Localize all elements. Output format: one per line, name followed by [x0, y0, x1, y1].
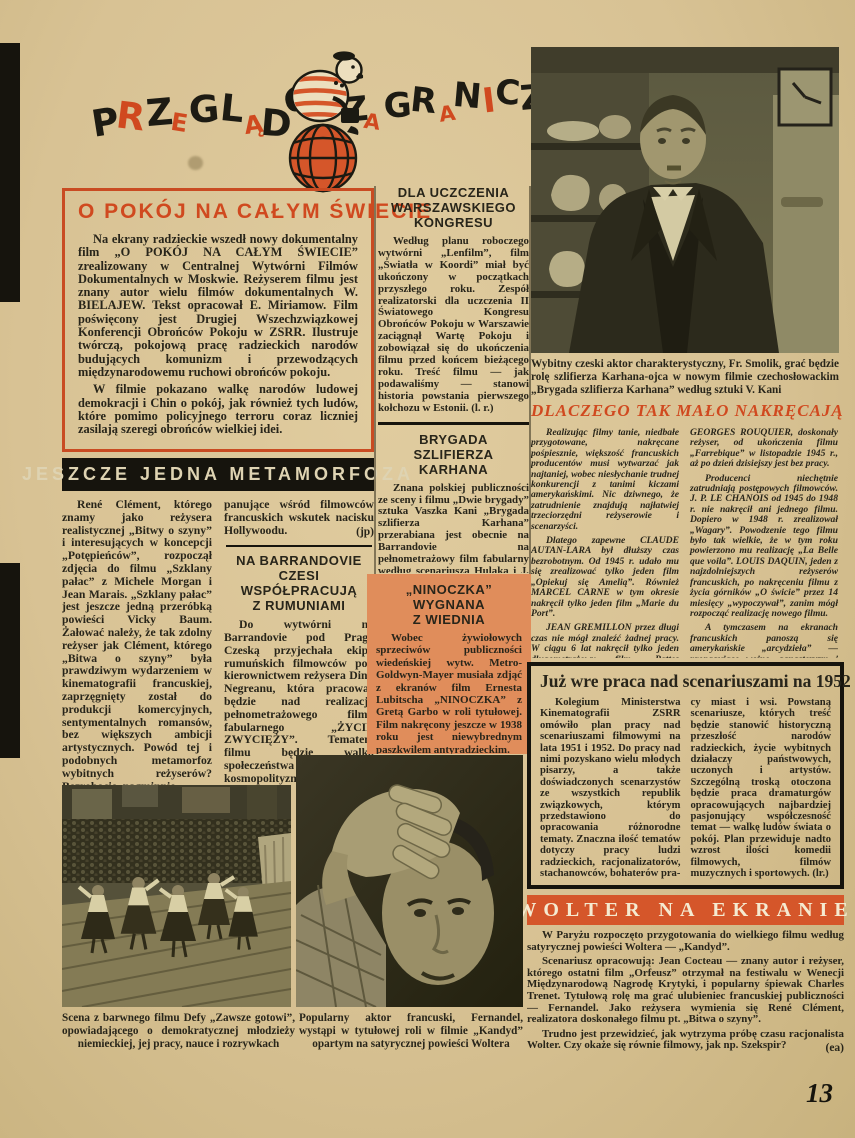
masthead-letter: L — [218, 89, 245, 128]
dlaczego-paragraph: JEAN GREMILLON przez długi czas nie mógł… — [531, 623, 679, 658]
photo-fernandel — [296, 755, 523, 1007]
article-peace-paragraph-1: Na ekrany radzieckie wszedł nowy dokumen… — [78, 233, 358, 379]
paper-stain — [188, 156, 203, 170]
photo-dancers-image — [62, 785, 291, 1007]
middle-column: DLA UCZCZENIA WARSZAWSKIEGO KONGRESU Wed… — [378, 183, 529, 573]
photo-smolik — [531, 47, 839, 353]
barrandov-title: NA BARRANDOVIE CZESI WSPÓŁPRACUJĄ Z RUMU… — [224, 553, 374, 613]
masthead-letter: G — [187, 90, 220, 130]
karhan-body: Znana polskiej publiczności ze sceny i f… — [378, 483, 529, 573]
masthead-letter: R — [114, 96, 147, 136]
dlaczego-title: DLACZEGO TAK MAŁO NAKRĘCAJĄ — [531, 401, 839, 421]
masthead-letter: N — [452, 78, 483, 114]
photo-dancers-caption: Scena z barwnego filmu Defy „Zawsze goto… — [62, 1012, 295, 1052]
article-wolter: W Paryżu rozpoczęto przygotowania do wie… — [527, 930, 844, 1080]
kongres-body: Według planu roboczego wytwórni „Lenfilm… — [378, 236, 529, 415]
karhan-title: BRYGADA SZLIFIERZA KARHANA — [378, 432, 529, 477]
left-edge-bar-bottom — [0, 563, 20, 758]
left-edge-bar-top — [0, 43, 20, 302]
metamorfoza-text-1: René Clément, którego znamy jako reżyser… — [62, 499, 212, 787]
masthead-letter: R — [409, 83, 439, 120]
scenariusze-column-1: Kolegium Ministerstwa Kinematografii ZSR… — [540, 697, 681, 879]
dlaczego-paragraph: Realizując filmy tanie, niedbałe przygot… — [531, 428, 679, 532]
masthead-word-przeglad: PRZEGLĄD — [90, 90, 293, 133]
photo-dancers — [62, 785, 291, 1007]
dlaczego-column-2: GEORGES ROUQUIER, doskonały reżyser, od … — [690, 428, 838, 658]
dlaczego-column-1: Realizując filmy tanie, niedbałe przygot… — [531, 428, 679, 658]
wolter-paragraph-2: Scenariusz opracowują: Jean Cocteau — zn… — [527, 956, 844, 1026]
photo-fernandel-caption: Popularny aktor francuski, Fernandel, wy… — [299, 1012, 523, 1052]
metamorfoza-title-bar: JESZCZE JEDNA METAMORFOZA — [62, 458, 374, 491]
kongres-title: DLA UCZCZENIA WARSZAWSKIEGO KONGRESU — [378, 185, 529, 230]
dlaczego-paragraph: A tymczasem na ekranach francuskich pano… — [690, 623, 838, 658]
ninoczka-box: „NINOCZKA” WYGNANA Z WIEDNIA Wobec żywio… — [367, 574, 531, 754]
magazine-page: PRZEGLĄD ZAGRANICZNY — [0, 0, 855, 1138]
page-number: 13 — [806, 1078, 833, 1109]
article-metamorfoza: René Clément, którego znamy jako reżyser… — [62, 499, 375, 787]
article-peace-box: O POKÓJ NA CAŁYM ŚWIECIE Na ekrany radzi… — [62, 188, 374, 452]
metamorfoza-column-2: panujące wśród filmowców francuskich wsk… — [224, 499, 374, 787]
divider-rule — [226, 545, 372, 547]
masthead: PRZEGLĄD ZAGRANICZNY — [60, 38, 600, 188]
wolter-paragraph-1: W Paryżu rozpoczęto przygotowania do wie… — [527, 930, 844, 953]
wolter-title-bar: WOLTER NA EKRANIE — [527, 895, 844, 925]
metamorfoza-title: JESZCZE JEDNA METAMORFOZA — [22, 464, 414, 485]
masthead-letter: E — [170, 110, 190, 137]
masthead-letter: C — [494, 75, 521, 111]
article-peace-paragraph-2: W filmie pokazano walkę narodów ludowej … — [78, 383, 358, 436]
wolter-title: WOLTER NA EKRANIE — [516, 899, 854, 922]
divider-rule-thick — [378, 422, 529, 425]
metamorfoza-column-1: René Clément, którego znamy jako reżyser… — [62, 499, 212, 787]
scenariusze-columns: Kolegium Ministerstwa Kinematografii ZSR… — [540, 697, 831, 879]
dlaczego-paragraph: Producenci niechętnie zatrudniają postęp… — [690, 474, 838, 620]
article-peace-title: O POKÓJ NA CAŁYM ŚWIECIE — [78, 200, 358, 224]
photo-smolik-image — [531, 47, 839, 353]
scenariusze-column-2: cy miast i wsi. Powstaną scenariusze, kt… — [691, 697, 832, 879]
photo-smolik-caption: Wybitny czeski aktor charakterystyczny, … — [531, 358, 839, 398]
scenariusze-box: Już wre praca nad scenariuszami na 1952 … — [527, 662, 844, 889]
article-dlaczego: Realizując filmy tanie, niedbałe przygot… — [531, 428, 839, 658]
dlaczego-paragraph: Dlatego zapewne CLAUDE AUTAN-LARA był dł… — [531, 536, 679, 619]
photo-fernandel-image — [296, 755, 523, 1007]
dlaczego-paragraph: GEORGES ROUQUIER, doskonały reżyser, od … — [690, 428, 838, 470]
ninoczka-body: Wobec żywiołowych sprzeciwów publicznośc… — [376, 632, 522, 754]
scenariusze-title: Już wre praca nad scenariuszami na 1952 … — [540, 671, 831, 692]
ninoczka-title: „NINOCZKA” WYGNANA Z WIEDNIA — [376, 582, 522, 627]
globetrotter-on-globe-cartoon-icon — [265, 46, 383, 196]
